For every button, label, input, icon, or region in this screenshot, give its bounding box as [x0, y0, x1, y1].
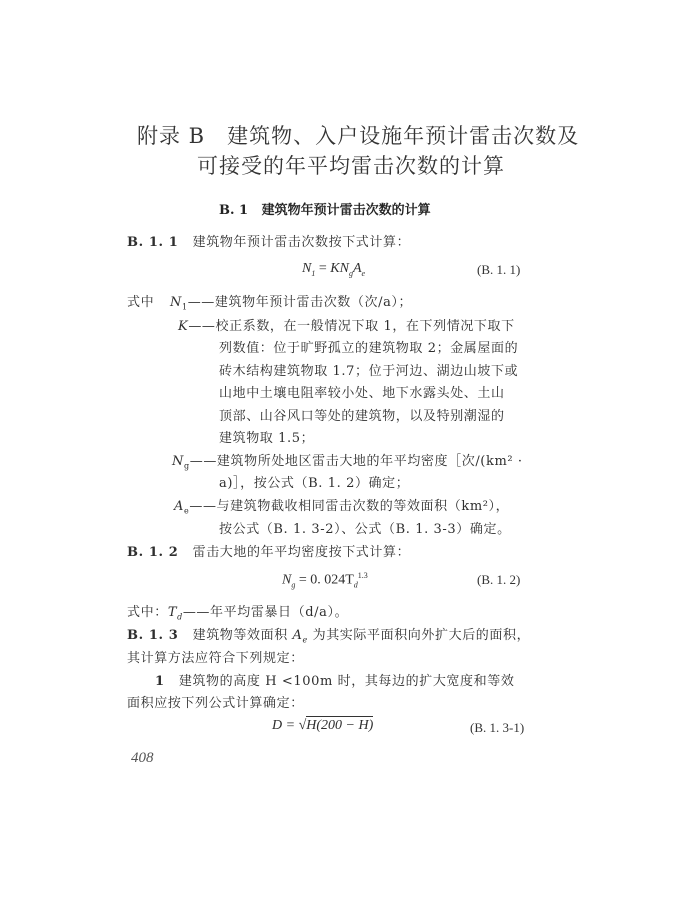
def-k-line: 顶部、山谷风口等处的建筑物，以及特别潮湿的 — [219, 405, 505, 424]
def-ng-line: a)］，按公式（B. 1. 2）确定； — [219, 472, 409, 491]
item-1-line2: 面积应按下列公式计算确定： — [127, 692, 304, 711]
equation-b12: Ng = 0. 024Td1.3 — [282, 571, 368, 589]
section-number: B. 1 — [219, 203, 248, 218]
equation-label: (B. 1. 2) — [477, 572, 520, 588]
appendix-title-line1: 附录 B 建筑物、入户设施年预计雷击次数及 — [137, 120, 579, 150]
section-heading: B. 1 建筑物年预计雷击次数的计算 — [219, 199, 431, 218]
where-label: 式中 — [127, 291, 154, 310]
document-page: 附录 B 建筑物、入户设施年预计雷击次数及 可接受的年平均雷击次数的计算 B. … — [0, 0, 691, 921]
section-title: 建筑物年预计雷击次数的计算 — [262, 203, 431, 218]
equation-label: (B. 1. 1) — [477, 262, 520, 278]
clause-text: 建筑物年预计雷击次数按下式计算： — [193, 235, 411, 250]
item-1: 1 建筑物的高度 H <100m 时，其每边的扩大宽度和等效 — [155, 670, 514, 689]
def-k-line: 建筑物取 1.5； — [219, 427, 314, 446]
page-number: 408 — [131, 750, 154, 767]
equation-b131: D = √H(200 − H) — [272, 718, 373, 734]
equation-label: (B. 1. 3-1) — [470, 720, 524, 736]
clause-b12: B. 1. 2 雷击大地的年平均密度按下式计算： — [127, 541, 410, 560]
def-k-line: 砖木结构建筑物取 1.7；位于河边、湖边山坡下或 — [219, 360, 518, 379]
def-ae-line: 按公式（B. 1. 3-2）、公式（B. 1. 3-3）确定。 — [219, 518, 511, 537]
def-td: 式中：Td——年平均雷暴日（d/a）。 — [127, 601, 348, 622]
def-k: K——校正系数，在一般情况下取 1，在下列情况下取下 — [178, 315, 515, 334]
def-ng: Ng——建筑物所处地区雷击大地的年平均密度［次/(km² · — [172, 450, 523, 471]
def-k-line: 列数值：位于旷野孤立的建筑物取 2；金属屋面的 — [219, 337, 518, 356]
equation-b11: N1 = KNgAe — [302, 261, 365, 278]
def-ae: Ae——与建筑物截收相同雷击次数的等效面积（km²）， — [174, 495, 509, 516]
appendix-title-line2: 可接受的年平均雷击次数的计算 — [197, 150, 505, 180]
clause-b13-line2: 其计算方法应符合下列规定： — [127, 647, 304, 666]
clause-b11: B. 1. 1 建筑物年预计雷击次数按下式计算： — [127, 231, 410, 250]
clause-number: B. 1. 1 — [127, 235, 178, 250]
clause-b13: B. 1. 3 建筑物等效面积 Ae 为其实际平面积向外扩大后的面积， — [127, 624, 530, 645]
def-n1: N1——建筑物年预计雷击次数（次/a）； — [170, 291, 412, 312]
def-k-line: 山地中土壤电阻率较小处、地下水露头处、土山 — [219, 382, 505, 401]
clause-number: B. 1. 3 — [127, 628, 178, 643]
clause-number: B. 1. 2 — [127, 545, 178, 560]
clause-text: 雷击大地的年平均密度按下式计算： — [193, 545, 411, 560]
